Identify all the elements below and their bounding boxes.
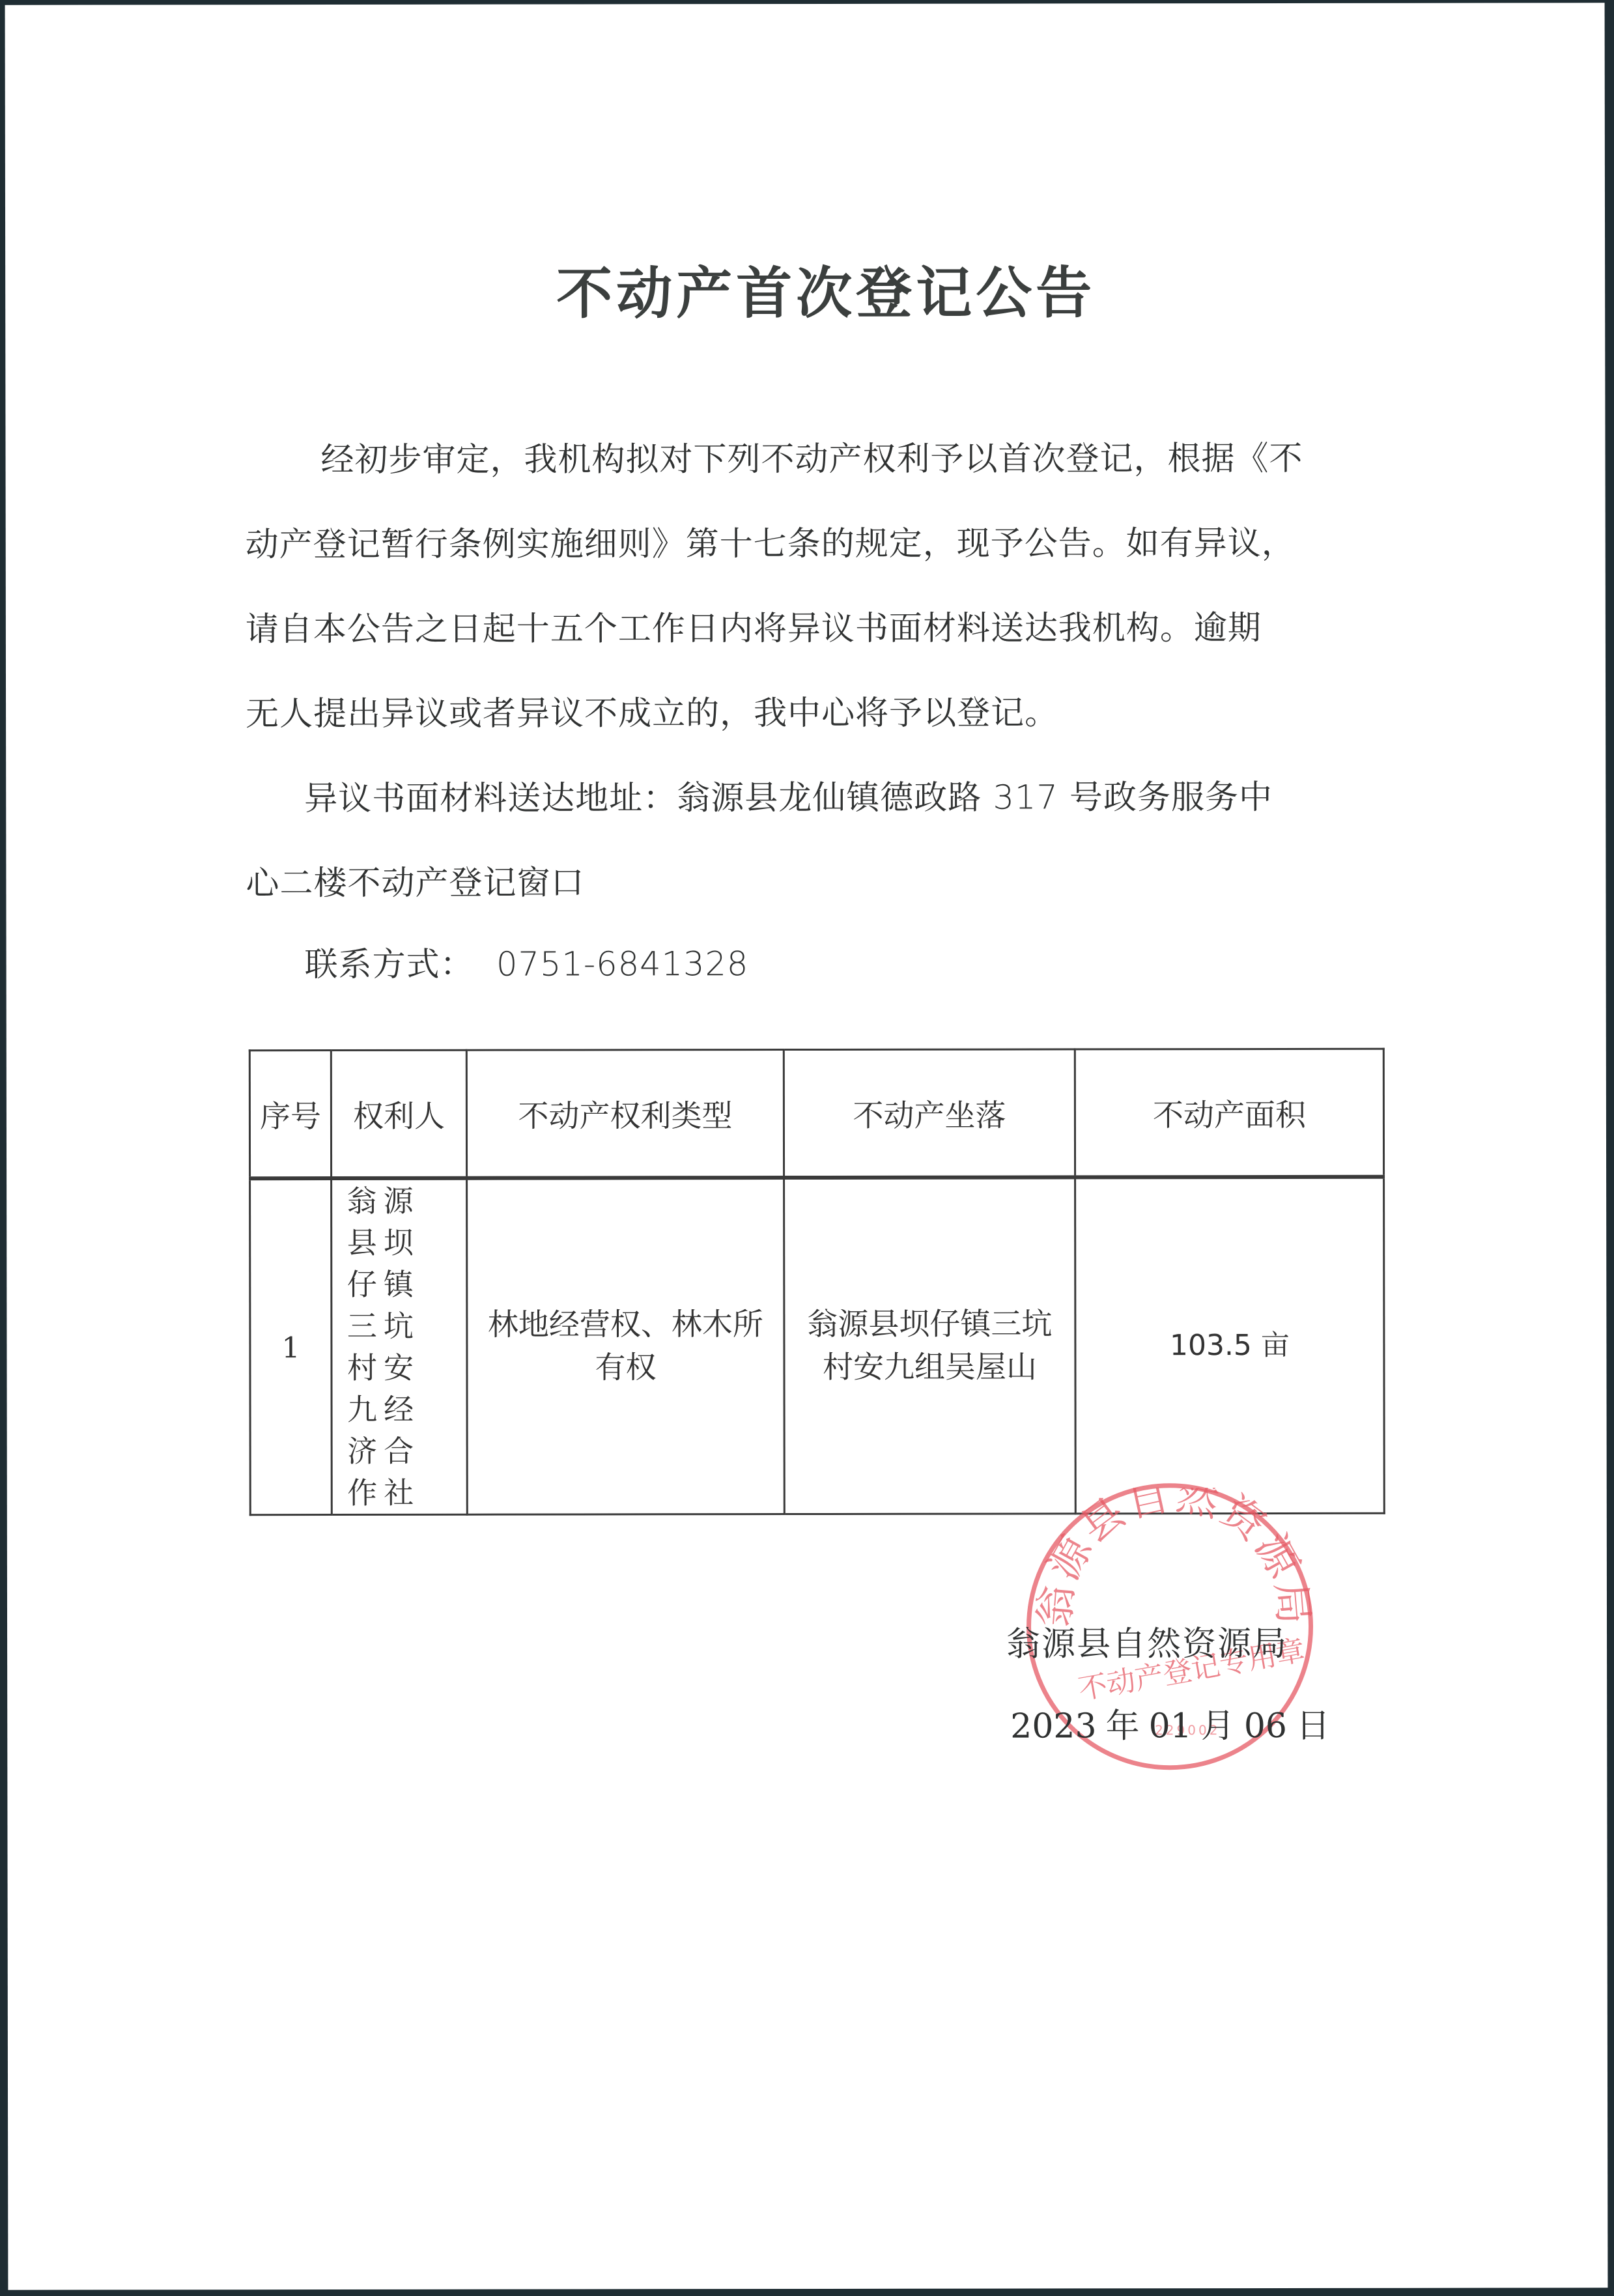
location-value: 翁源县坝仔镇三坑村安九组吴屋山	[796, 1303, 1063, 1389]
header-holder: 权利人	[331, 1050, 466, 1178]
paragraph-line: 经初步审定，我机构拟对下列不动产权利予以首次登记，根据《不	[245, 417, 1395, 503]
holder-value: 翁源县坝仔镇三坑村安九经济合作社	[347, 1180, 452, 1514]
header-seq: 序号	[249, 1051, 331, 1179]
right-type-value: 林地经营权、林木所有权	[479, 1303, 772, 1390]
registration-table: 序号 权利人 不动产权利类型 不动产坐落 不动产面积 1 翁源县坝仔镇三坑村安九…	[249, 1048, 1385, 1516]
address-line: 异议书面材料送达地址：翁源县龙仙镇德政路 317 号政务服务中	[246, 756, 1395, 842]
seq-value: 1	[281, 1331, 300, 1365]
paragraph-line: 请自本公告之日起十五个工作日内将异议书面材料送达我机构。逾期	[246, 586, 1395, 672]
document-title: 不动产首次登记公告	[539, 248, 1112, 329]
document-page: 不动产首次登记公告 经初步审定，我机构拟对下列不动产权利予以首次登记，根据《不 …	[5, 3, 1608, 2289]
area-value: 103.5 亩	[1170, 1324, 1290, 1367]
date-year: 2023	[1010, 1707, 1096, 1746]
cell-seq: 1	[250, 1178, 332, 1515]
header-area: 不动产面积	[1075, 1049, 1383, 1177]
date-day-unit: 日	[1296, 1707, 1330, 1746]
date-day: 06	[1244, 1707, 1287, 1746]
seal-arc-text: 翁源县自然资源局	[1031, 1488, 1318, 1629]
table-header-row: 序号 权利人 不动产权利类型 不动产坐落 不动产面积	[249, 1049, 1383, 1178]
cell-holder: 翁源县坝仔镇三坑村安九经济合作社	[332, 1178, 468, 1515]
date-month-unit: 月	[1201, 1707, 1235, 1746]
cell-location: 翁源县坝仔镇三坑村安九组吴屋山	[784, 1177, 1076, 1514]
issue-date: 2023年01月06日	[1010, 1698, 1375, 1748]
date-month: 01	[1149, 1707, 1192, 1746]
address-line: 心二楼不动产登记窗口	[246, 840, 1395, 926]
cell-right-type: 林地经营权、林木所有权	[467, 1178, 785, 1514]
issuing-organization: 翁源县自然资源局	[1006, 1616, 1345, 1665]
paragraph-line: 动产登记暂行条例实施细则》第十七条的规定，现予公告。如有异议，	[246, 502, 1395, 588]
cell-area: 103.5 亩	[1075, 1177, 1385, 1514]
paragraph-line: 无人提出异议或者异议不成立的，我中心将予以登记。	[246, 671, 1395, 757]
contact-line: 联系方式： 0751-6841328	[246, 922, 1396, 1008]
header-location: 不动产坐落	[784, 1049, 1075, 1178]
svg-text:翁源县自然资源局: 翁源县自然资源局	[1031, 1488, 1318, 1629]
date-year-unit: 年	[1106, 1707, 1140, 1746]
notice-paragraph: 经初步审定，我机构拟对下列不动产权利予以首次登记，根据《不 动产登记暂行条例实施…	[245, 417, 1395, 757]
address-paragraph: 异议书面材料送达地址：翁源县龙仙镇德政路 317 号政务服务中 心二楼不动产登记…	[246, 756, 1395, 926]
header-right-type: 不动产权利类型	[466, 1050, 784, 1178]
table-row: 1 翁源县坝仔镇三坑村安九经济合作社 林地经营权、林木所有权 翁源县坝仔镇三坑村…	[250, 1177, 1385, 1515]
contact-paragraph: 联系方式： 0751-6841328	[246, 922, 1396, 1008]
